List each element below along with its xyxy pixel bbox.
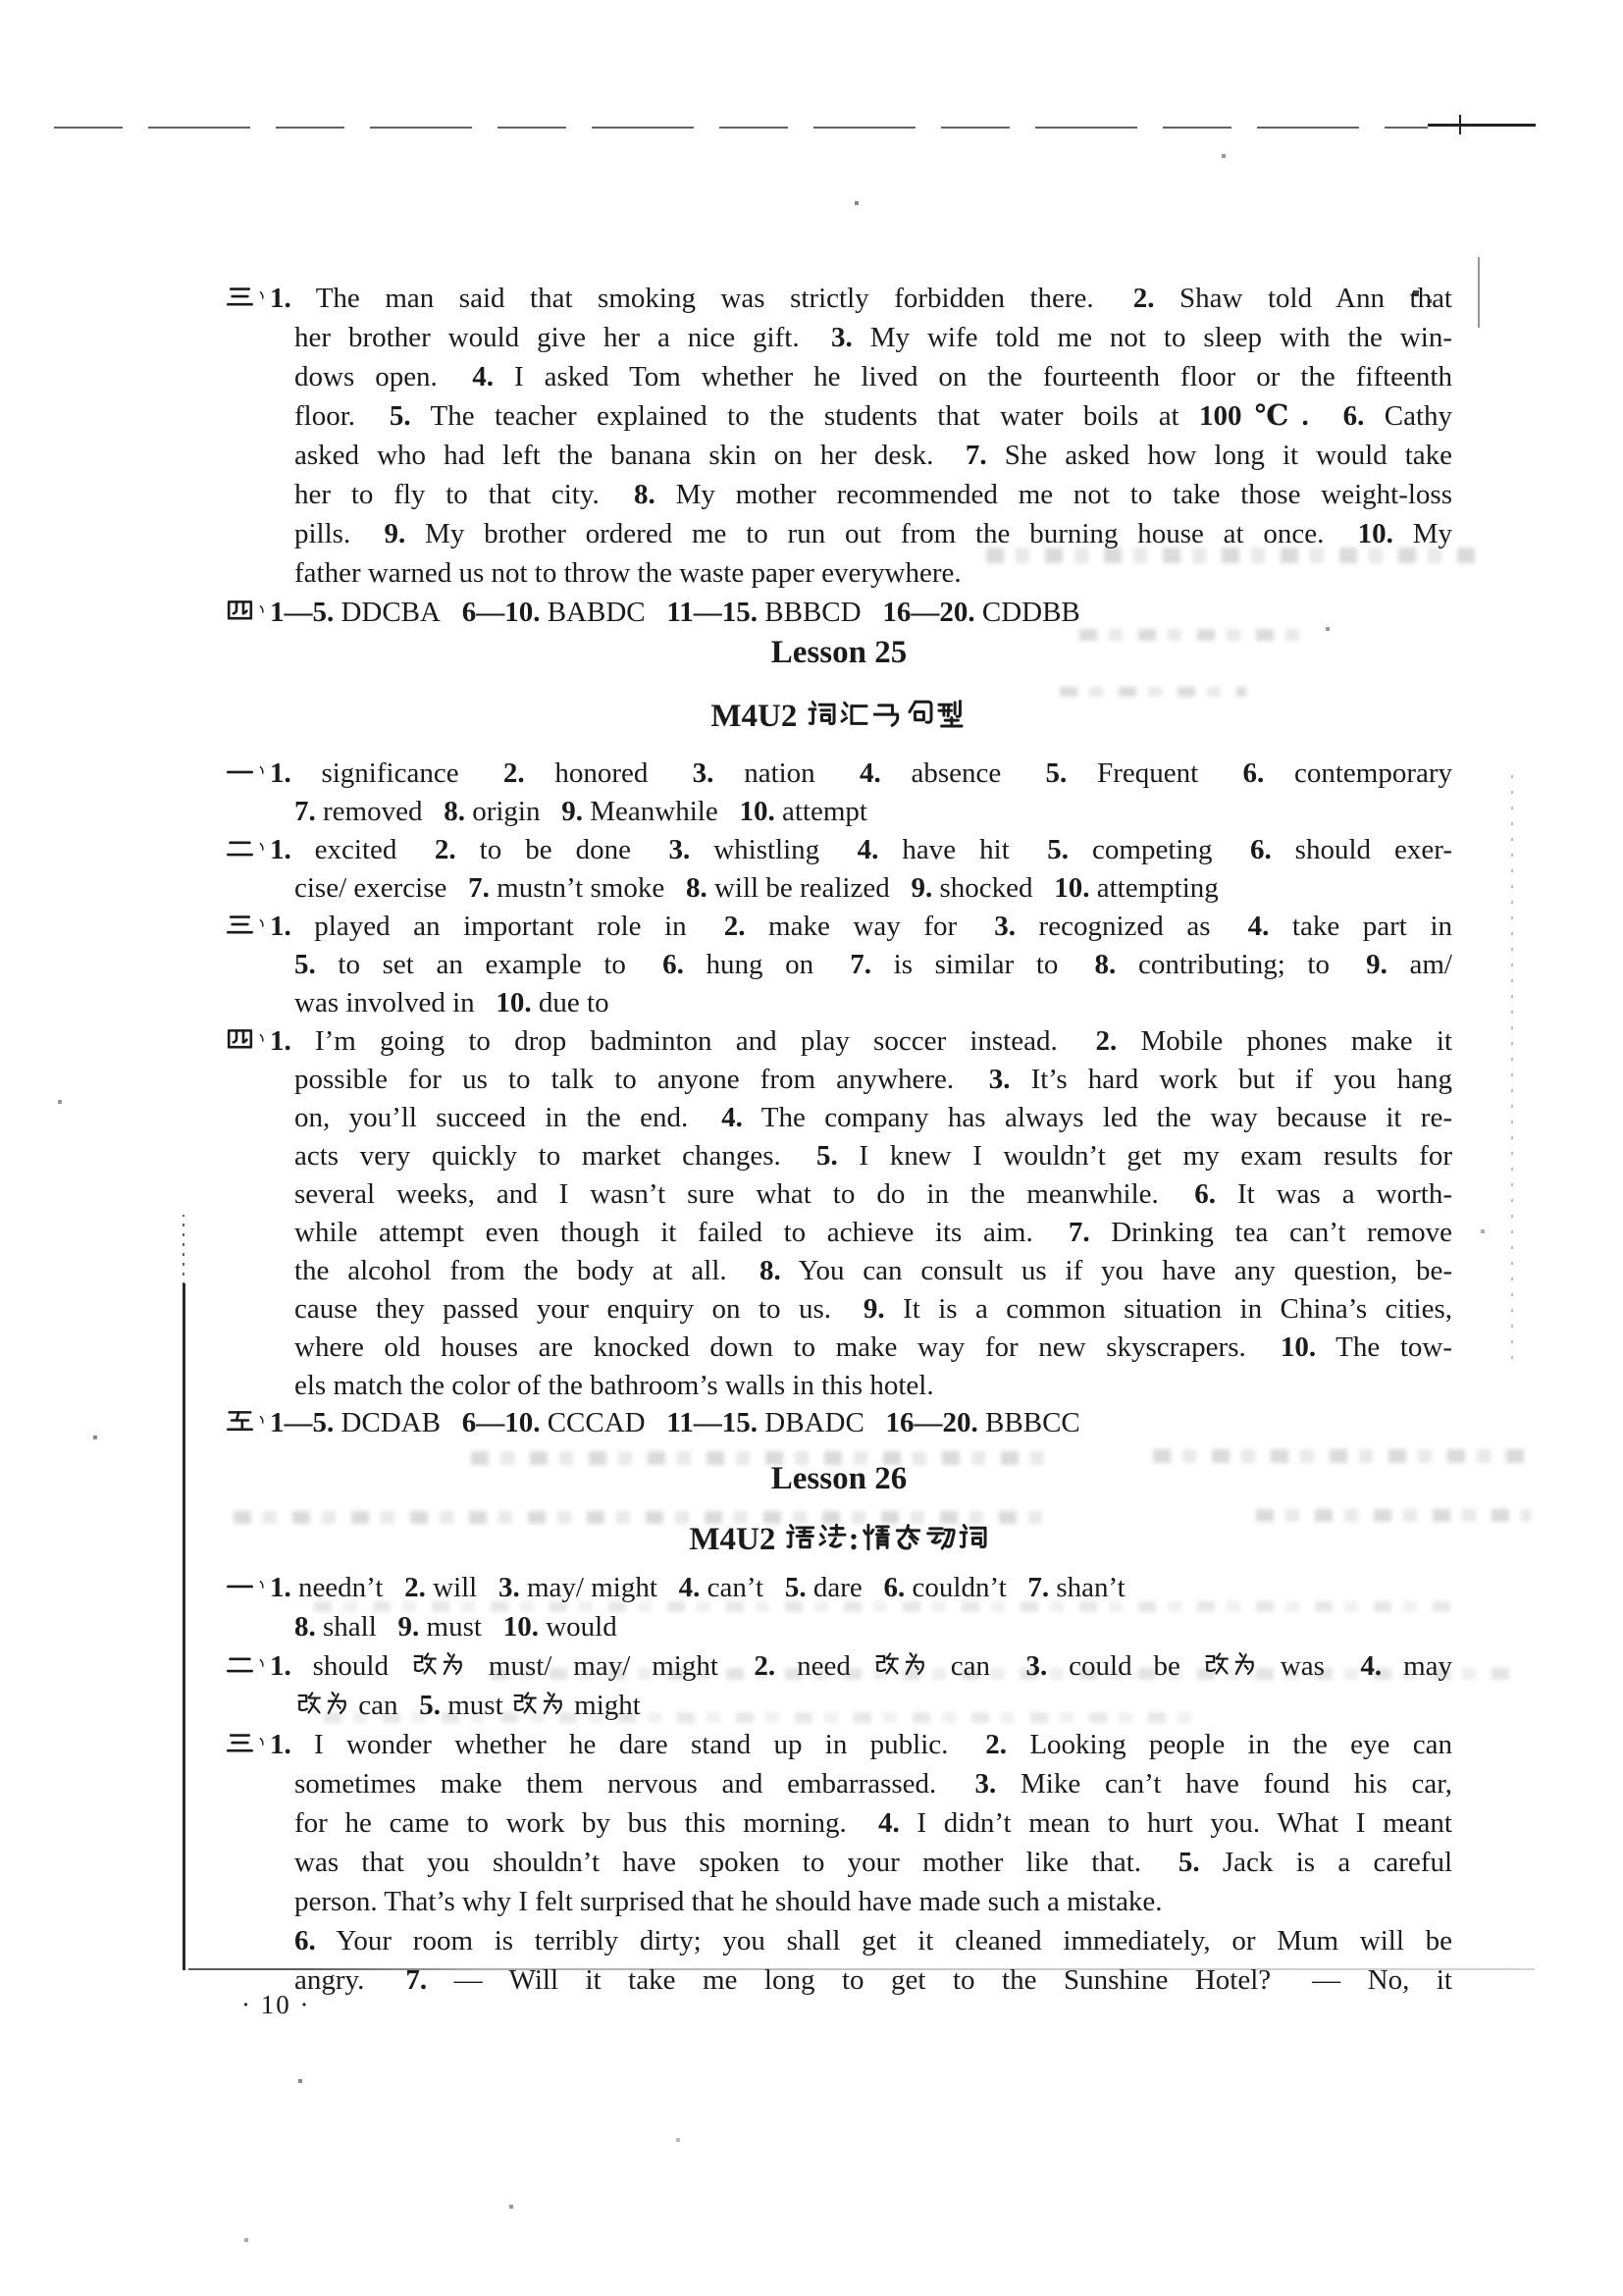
l25-section-4-sentences-line-10: els match the color of the bathroom’s wa… — [294, 1366, 1452, 1405]
cjk-glyph — [254, 1571, 270, 1599]
answer-item-number: 6. — [662, 949, 684, 980]
l26-section-3-sentences-line-4: was that you shouldn’t have spoken to yo… — [294, 1843, 1452, 1882]
answer-item-number: 10. — [503, 1611, 539, 1643]
answer-item-number: 1. — [270, 1729, 291, 1760]
answer-text: I knew I wouldn’t get my exam results fo… — [838, 1140, 1452, 1172]
answer-item-number: 9. — [864, 1293, 885, 1325]
answer-text: where old houses are knocked down to mak… — [294, 1331, 1281, 1363]
answer-item-number — [226, 911, 270, 942]
answer-item-number: 4. — [860, 757, 881, 789]
l25-section-2-verb-forms-line-1: 1. excited 2. to be done 3. whistling 4.… — [226, 830, 1452, 869]
answer-text: I didn’t mean to hurt you. What I meant — [900, 1807, 1452, 1839]
answer-item-number: 8. — [294, 1611, 316, 1643]
answer-text: I asked Tom whether he lived on the four… — [494, 361, 1452, 392]
l26-section-3-sentences-line-5: person. That’s why I felt surprised that… — [294, 1882, 1452, 1921]
scanned-answer-key-page: Lesson 25 Lesson 26 1. The man said that… — [0, 0, 1623, 2296]
answer-text: due to — [532, 987, 609, 1018]
answer-text: DDCBA — [334, 597, 462, 628]
answer-text: was that you shouldn’t have spoken to yo… — [294, 1847, 1178, 1878]
answer-item-number: 2. — [754, 1650, 775, 1682]
answer-item-number: 6. — [1250, 834, 1272, 865]
answer-item-number: 3. — [498, 1572, 520, 1603]
answer-text: can — [294, 1690, 419, 1721]
cjk-glyph — [226, 282, 254, 310]
cjk-glyph — [901, 1649, 929, 1678]
answer-text: played an important role in — [291, 911, 724, 942]
answer-text: Mobile phones make it — [1117, 1025, 1452, 1057]
cjk-glyph — [539, 1689, 567, 1717]
l25-section-1-words-line-1: 1. significance 2. honored 3. nation 4. … — [226, 754, 1452, 793]
answer-text: My mother recommended me not to take tho… — [655, 479, 1452, 510]
cjk-glyph — [784, 1521, 816, 1553]
answer-item-number: 7. — [1069, 1217, 1090, 1248]
answer-text: cause they passed your enquiry on to us. — [294, 1293, 864, 1325]
l25-section-5-multiple-choice-line-1: 1—5. DCDAB 6—10. CCCAD 11—15. DBADC 16—2… — [226, 1403, 1452, 1442]
answer-item-number: 9. — [385, 518, 406, 549]
answer-item-number: 5. — [419, 1690, 441, 1721]
l25-section-4-sentences-line-9: where old houses are knocked down to mak… — [294, 1328, 1452, 1367]
cjk-glyph — [1202, 1649, 1230, 1678]
l25-section-3-phrases-line-1: 1. played an important role in 2. make w… — [226, 907, 1452, 946]
answer-item-number: 2. — [724, 911, 746, 942]
cjk-glyph — [323, 1689, 351, 1717]
answer-item-number: 6. — [1242, 757, 1264, 789]
answer-text: CCCAD — [540, 1407, 666, 1438]
answer-text: is similar to — [871, 949, 1095, 980]
answer-text — [1309, 400, 1343, 432]
answer-text: while attempt even though it failed to a… — [294, 1217, 1069, 1248]
answer-text: can’t — [700, 1572, 784, 1603]
answer-item-number: 3. — [975, 1768, 997, 1800]
answer-item-number: 3. — [693, 757, 714, 789]
cjk-glyph — [510, 1689, 539, 1717]
answer-item-number: 5. — [1047, 834, 1069, 865]
cjk-glyph — [410, 1649, 439, 1678]
answer-text: dows open. — [294, 361, 472, 392]
answer-text: honored — [525, 757, 693, 789]
answer-text: person. That’s why I felt surprised that… — [294, 1886, 1163, 1917]
lesson-25-heading: Lesson 25 — [226, 633, 1452, 672]
answer-text: recognized as — [1016, 911, 1248, 942]
answer-text: need can — [775, 1650, 1025, 1682]
left-edge-rule-dotted — [183, 1215, 184, 1285]
cjk-glyph — [226, 1728, 254, 1756]
answer-item-number: 16—20. — [886, 1407, 978, 1438]
answer-text: needn’t — [291, 1572, 404, 1603]
l24-section-4-multiple-choice-line-1: 1—5. DDCBA 6—10. BABDC 11—15. BBBCD 16—2… — [226, 593, 1452, 632]
l24-section-3-reported-speech-line-3: dows open. 4. I asked Tom whether he liv… — [294, 357, 1452, 396]
answer-item-number: 7. — [294, 796, 316, 827]
answer-item-number: 6—10. — [462, 597, 541, 628]
answer-text: I’m going to drop badminton and play soc… — [291, 1025, 1096, 1057]
cjk-glyph — [957, 1521, 989, 1553]
cjk-glyph — [872, 1649, 901, 1678]
answer-text: Shaw told Ann that — [1154, 283, 1452, 314]
answer-text: couldn’t — [905, 1572, 1027, 1603]
l26-section-2-corrections-line-1: 1. should must/ may/ might 2. need can 3… — [226, 1646, 1452, 1686]
cjk-glyph — [226, 1571, 254, 1599]
l24-section-3-reported-speech-line-2: her brother would give her a nice gift. … — [294, 318, 1452, 357]
answer-item-number — [226, 597, 270, 628]
answer-item-number: 5. — [294, 949, 316, 980]
answer-text: may — [1382, 1650, 1452, 1682]
answer-item-number: 5. — [1046, 757, 1068, 789]
answer-item-number: 1. — [270, 834, 291, 865]
answer-text: You can consult us if you have any quest… — [781, 1255, 1452, 1286]
answer-item-number — [226, 1025, 270, 1057]
answer-item-number: 1. — [270, 757, 291, 789]
answer-text: may/ might — [520, 1572, 679, 1603]
answer-text: acts very quickly to market changes. — [294, 1140, 816, 1172]
answer-item-number: 7. — [850, 949, 871, 980]
cjk-glyph — [870, 698, 903, 730]
l24-section-3-reported-speech-line-1: 1. The man said that smoking was strictl… — [226, 279, 1452, 318]
answer-text: whistling — [690, 834, 857, 865]
cjk-glyph — [439, 1649, 467, 1678]
answer-text: was involved in — [294, 987, 496, 1018]
answer-text: It is a common situation in China’s citi… — [885, 1293, 1452, 1325]
answer-text: to set an example to — [316, 949, 662, 980]
answer-text: floor. — [294, 400, 390, 432]
answer-text: Drinking tea can’t remove — [1090, 1217, 1452, 1248]
answer-item-number: 4. — [1248, 911, 1270, 942]
cjk-glyph — [903, 698, 935, 730]
answer-item-number — [226, 283, 270, 314]
answer-text: pills. — [294, 518, 385, 549]
answer-text: Jack is a careful — [1200, 1847, 1452, 1878]
answer-item-number: 7. — [405, 1964, 427, 1996]
answer-text: CDDBB — [975, 597, 1080, 628]
answer-item-number: 10. — [1054, 872, 1089, 904]
l26-section-3-sentences-line-7: angry. 7. — Will it take me long to get … — [294, 1960, 1452, 2000]
left-edge-rule — [183, 1283, 185, 1970]
answer-text: contemporary — [1264, 757, 1452, 789]
answer-text: It was a worth- — [1216, 1178, 1452, 1210]
answer-text: sometimes make them nervous and embarras… — [294, 1768, 975, 1800]
answer-text: Meanwhile — [583, 796, 739, 827]
answer-item-number: 8. — [1095, 949, 1117, 980]
answer-text: My — [1393, 518, 1452, 549]
cjk-glyph — [254, 910, 270, 938]
answer-text: should must/ may/ might — [291, 1650, 755, 1682]
l25-section-4-sentences-line-2: possible for us to talk to anyone from a… — [294, 1060, 1452, 1099]
cjk-glyph — [254, 1728, 270, 1756]
l25-section-4-sentences-line-6: while attempt even though it failed to a… — [294, 1213, 1452, 1252]
answer-item-number: 10. — [496, 987, 531, 1018]
answer-text: Your room is terribly dirty; you shall g… — [316, 1925, 1452, 1957]
answer-item-number: 1. — [270, 1650, 291, 1682]
cjk-glyph — [860, 1521, 892, 1553]
answer-text: will be realized — [707, 872, 912, 904]
answer-text: her to fly to that city. — [294, 479, 634, 510]
l25-section-2-verb-forms-line-2: cise/ exercise 7. mustn’t smoke 8. will … — [294, 868, 1452, 908]
l24-section-3-reported-speech-line-7: pills. 9. My brother ordered me to run o… — [294, 514, 1452, 553]
cjk-glyph — [254, 282, 270, 310]
answer-key-content: Lesson 25 Lesson 26 1. The man said that… — [226, 0, 1452, 2296]
answer-text: angry. — [294, 1964, 405, 1996]
l25-section-1-words-line-2: 7. removed 8. origin 9. Meanwhile 10. at… — [294, 792, 1452, 831]
answer-item-number: 2. — [1095, 1025, 1117, 1057]
answer-item-number: 3. — [831, 322, 853, 353]
cjk-glyph — [892, 1521, 924, 1553]
answer-text: her brother would give her a nice gift. — [294, 322, 831, 353]
answer-text: excited — [291, 834, 435, 865]
answer-text: could be was — [1047, 1650, 1360, 1682]
answer-item-number: 9. — [398, 1611, 420, 1643]
answer-text: BABDC — [540, 597, 666, 628]
answer-item-number: 6. — [294, 1925, 316, 1957]
answer-item-number: 1. — [270, 283, 291, 314]
answer-item-number — [226, 1729, 270, 1760]
l24-section-3-reported-speech-line-6: her to fly to that city. 8. My mother re… — [294, 475, 1452, 514]
answer-text: absence — [881, 757, 1046, 789]
answer-item-number: 16—20. — [882, 597, 974, 628]
answer-text: nation — [713, 757, 860, 789]
answer-text: am/ — [1387, 949, 1452, 980]
right-edge-rule-dotted — [1511, 770, 1513, 1359]
right-edge-rule — [1478, 257, 1480, 328]
l26-section-3-sentences-line-6: 6. Your room is terribly dirty; you shal… — [294, 1921, 1452, 1960]
cjk-glyph — [816, 1521, 849, 1553]
answer-text: must might — [441, 1690, 641, 1721]
answer-item-number — [226, 1407, 270, 1438]
answer-text: Frequent — [1067, 757, 1242, 789]
answer-text: els match the color of the bathroom’s wa… — [294, 1370, 934, 1401]
answer-item-number: 10. — [1281, 1331, 1316, 1363]
l26-section-1-modals-line-2: 8. shall 9. must 10. would — [294, 1607, 1452, 1646]
answer-item-number: 5. — [816, 1140, 838, 1172]
answer-item-number: 7. — [1027, 1572, 1049, 1603]
answer-item-number: 8. — [759, 1255, 781, 1286]
l26-section-2-corrections-line-2: can 5. must might — [294, 1686, 1452, 1725]
answer-text: take part in — [1269, 911, 1452, 942]
answer-item-number: 4. — [858, 834, 879, 865]
answer-text: shan’t — [1049, 1572, 1126, 1603]
answer-item-number: 6. — [1194, 1178, 1216, 1210]
answer-text: attempt — [775, 796, 867, 827]
l24-section-3-reported-speech-line-5: asked who had left the banana skin on he… — [294, 436, 1452, 475]
answer-item-number: 5. — [390, 400, 411, 432]
answer-text: BBBCD — [758, 597, 882, 628]
answer-text: competing — [1069, 834, 1250, 865]
cjk-glyph — [226, 1406, 254, 1435]
answer-item-number: 8. — [686, 872, 707, 904]
l26-section-3-sentences-line-2: sometimes make them nervous and embarras… — [294, 1764, 1452, 1803]
answer-text: possible for us to talk to anyone from a… — [294, 1064, 989, 1095]
answer-text: should exer- — [1272, 834, 1452, 865]
answer-text: for he came to work by bus this morning. — [294, 1807, 878, 1839]
answer-item-number: 4. — [1360, 1650, 1382, 1682]
answer-text: It’s hard work but if you hang — [1010, 1064, 1452, 1095]
answer-text: on, you’ll succeed in the end. — [294, 1102, 721, 1133]
answer-item-number: 2. — [435, 834, 456, 865]
answer-item-number — [226, 834, 270, 865]
cjk-glyph — [254, 833, 270, 861]
answer-item-number: 10. — [739, 796, 774, 827]
answer-text: DCDAB — [334, 1407, 462, 1438]
cjk-glyph — [254, 1406, 270, 1435]
cjk-glyph — [226, 833, 254, 861]
lesson-26-heading: Lesson 26 — [226, 1459, 1452, 1498]
answer-item-number: 11—15. — [666, 597, 758, 628]
answer-item-number: 6—10. — [462, 1407, 541, 1438]
answer-item-number: 11—15. — [666, 1407, 758, 1438]
l26-section-3-sentences-line-1: 1. I wonder whether he dare stand up in … — [226, 1725, 1452, 1764]
answer-text: contributing; to — [1116, 949, 1366, 980]
answer-item-number: 2. — [503, 757, 525, 789]
cjk-glyph — [226, 1649, 254, 1678]
answer-item-number: 4. — [472, 361, 494, 392]
answer-text: BBBCC — [978, 1407, 1080, 1438]
answer-text: would — [539, 1611, 617, 1643]
answer-item-number: 8. — [444, 796, 465, 827]
answer-item-number: 2. — [985, 1729, 1007, 1760]
answer-text: must — [419, 1611, 502, 1643]
cjk-glyph — [226, 1024, 254, 1053]
answer-text: make way for — [745, 911, 994, 942]
cjk-glyph — [254, 596, 270, 624]
answer-text: attempting — [1089, 872, 1218, 904]
m4u2-vocabulary-heading: M4U2 — [226, 697, 1452, 736]
m4u2-grammar-heading: M4U2 : — [226, 1520, 1452, 1559]
answer-item-number: 6. — [884, 1572, 906, 1603]
cjk-glyph — [254, 1649, 270, 1678]
answer-item-number: 3. — [668, 834, 690, 865]
answer-item-number: 5. — [1178, 1847, 1200, 1878]
answer-text: will — [426, 1572, 498, 1603]
page-number: · 10 · — [241, 1990, 310, 2020]
l25-section-4-sentences-line-5: several weeks, and I wasn’t sure what to… — [294, 1174, 1452, 1214]
answer-item-number: 2. — [404, 1572, 426, 1603]
answer-text: removed — [316, 796, 444, 827]
answer-item-number: 3. — [994, 911, 1016, 942]
l24-section-3-reported-speech-line-8: father warned us not to throw the waste … — [294, 553, 1452, 593]
answer-text: My brother ordered me to run out from th… — [405, 518, 1357, 549]
answer-item-number: 9. — [911, 872, 932, 904]
answer-item-number: 9. — [561, 796, 583, 827]
answer-item-number — [226, 757, 270, 789]
cjk-glyph — [1230, 1649, 1259, 1678]
l25-section-4-sentences-line-8: cause they passed your enquiry on to us.… — [294, 1289, 1452, 1329]
answer-text: cise/ exercise — [294, 872, 468, 904]
answer-text: — Will it take me long to get to the Sun… — [427, 1964, 1452, 1996]
answer-item-number: 1. — [270, 911, 291, 942]
answer-text: asked who had left the banana skin on he… — [294, 440, 966, 471]
answer-item-number — [226, 1650, 270, 1682]
answer-item-number: 7. — [966, 440, 987, 471]
answer-text: father warned us not to throw the waste … — [294, 557, 962, 589]
answer-item-number: 3. — [1025, 1650, 1047, 1682]
cjk-glyph — [294, 1689, 323, 1717]
answer-item-number: 6. — [1343, 400, 1365, 432]
top-edge-tick — [1459, 115, 1461, 134]
answer-item-number — [226, 1572, 270, 1603]
l24-section-3-reported-speech-line-4: floor. 5. The teacher explained to the s… — [294, 396, 1452, 436]
answer-text: My wife told me not to sleep with the wi… — [853, 322, 1452, 353]
answer-text: The teacher explained to the students th… — [411, 400, 1199, 432]
answer-item-number: 10. — [1358, 518, 1393, 549]
answer-text: mustn’t smoke — [490, 872, 686, 904]
answer-item-number: 7. — [468, 872, 490, 904]
l25-section-4-sentences-line-4: acts very quickly to market changes. 5. … — [294, 1136, 1452, 1175]
answer-text: origin — [465, 796, 561, 827]
answer-item-number: 9. — [1366, 949, 1387, 980]
answer-item-number: 1. — [270, 1572, 291, 1603]
answer-item-number: 100℃. — [1199, 400, 1309, 432]
answer-text: Mike can’t have found his car, — [996, 1768, 1452, 1800]
scan-noise-specks — [0, 0, 2, 2]
cjk-glyph — [226, 910, 254, 938]
l25-section-4-sentences-line-1: 1. I’m going to drop badminton and play … — [226, 1021, 1452, 1061]
answer-text: have hit — [878, 834, 1047, 865]
answer-text: Looking people in the eye can — [1007, 1729, 1452, 1760]
answer-item-number: 1—5. — [270, 1407, 334, 1438]
l25-section-3-phrases-line-3: was involved in 10. due to — [294, 983, 1452, 1022]
l25-section-3-phrases-line-2: 5. to set an example to 6. hung on 7. is… — [294, 945, 1452, 984]
cjk-glyph — [254, 1024, 270, 1053]
answer-item-number: 4. — [679, 1572, 701, 1603]
answer-text: The man said that smoking was strictly f… — [291, 283, 1133, 314]
answer-text: significance — [291, 757, 503, 789]
answer-text: Cathy — [1364, 400, 1452, 432]
cjk-glyph — [924, 1521, 957, 1553]
cjk-glyph — [838, 698, 870, 730]
cjk-glyph — [935, 698, 968, 730]
cjk-glyph — [226, 757, 254, 785]
answer-item-number: 5. — [785, 1572, 807, 1603]
answer-text: DBADC — [758, 1407, 886, 1438]
answer-text: shocked — [932, 872, 1054, 904]
answer-item-number: 4. — [878, 1807, 900, 1839]
cjk-glyph — [806, 698, 838, 730]
l26-section-1-modals-line-1: 1. needn’t 2. will 3. may/ might 4. can’… — [226, 1568, 1452, 1607]
answer-item-number: 3. — [989, 1064, 1011, 1095]
answer-text: several weeks, and I wasn’t sure what to… — [294, 1178, 1194, 1210]
cjk-glyph — [226, 596, 254, 624]
answer-text: dare — [807, 1572, 884, 1603]
answer-text: She asked how long it would take — [987, 440, 1452, 471]
answer-item-number: 2. — [1133, 283, 1155, 314]
l25-section-4-sentences-line-7: the alcohol from the body at all. 8. You… — [294, 1251, 1452, 1290]
l26-section-3-sentences-line-3: for he came to work by bus this morning.… — [294, 1803, 1452, 1843]
cjk-glyph — [254, 757, 270, 785]
answer-text: The company has always led the way becau… — [743, 1102, 1452, 1133]
answer-item-number: 8. — [634, 479, 655, 510]
answer-item-number: 4. — [721, 1102, 743, 1133]
answer-text: the alcohol from the body at all. — [294, 1255, 759, 1286]
answer-item-number: 1—5. — [270, 597, 334, 628]
answer-text: hung on — [684, 949, 850, 980]
answer-text: shall — [316, 1611, 398, 1643]
answer-text: to be done — [456, 834, 669, 865]
l25-section-4-sentences-line-3: on, you’ll succeed in the end. 4. The co… — [294, 1098, 1452, 1137]
answer-item-number: 1. — [270, 1025, 291, 1057]
answer-text: The tow- — [1316, 1331, 1452, 1363]
answer-text: I wonder whether he dare stand up in pub… — [291, 1729, 986, 1760]
